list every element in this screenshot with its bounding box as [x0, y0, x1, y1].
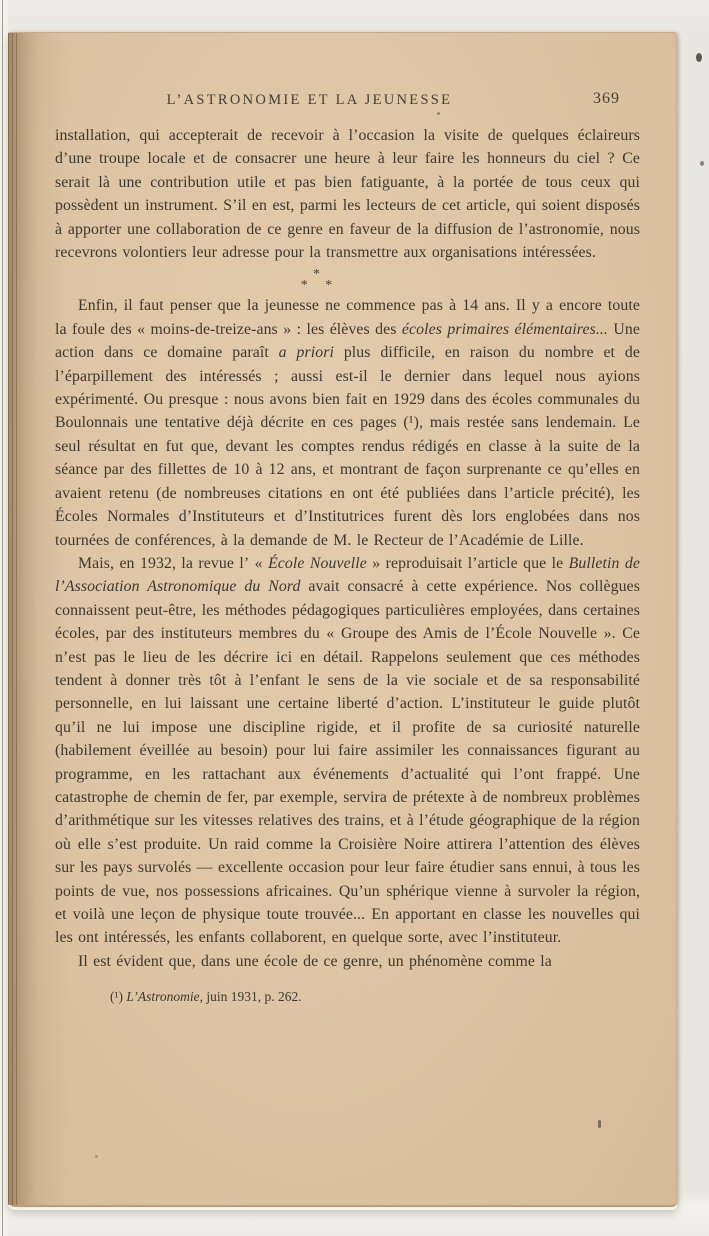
text-run: installation, qui accepterait de recevoi… [55, 127, 640, 261]
paper-speck [700, 161, 704, 166]
text-run-italic: a priori [279, 344, 334, 361]
text-run: » reproduisait l’article que le [367, 555, 569, 572]
text-run-italic: École Nouvelle [268, 555, 367, 572]
text-run: avait consacré à cette expérience. Nos c… [55, 578, 640, 946]
footnote: (¹) L’Astronomie, juin 1931, p. 262. [110, 988, 640, 1006]
asterism-divider: * * * [24, 269, 609, 291]
running-title: L’ASTRONOMIE ET LA JEUNESSE [167, 92, 453, 109]
footnote-reference: juin 1931, p. 262. [203, 989, 302, 1004]
page-number: 369 [593, 90, 620, 108]
text-run-italic: écoles primaires élémentaires... [402, 321, 608, 338]
paragraph-2: Enfin, il faut penser que la jeunesse ne… [55, 294, 640, 551]
book-page: L’ASTRONOMIE ET LA JEUNESSE 369 installa… [8, 32, 677, 1207]
paper-speck [696, 53, 702, 62]
binding-gutter-shadow [8, 33, 38, 1205]
paragraph-3: Mais, en 1932, la revue l’ « École Nouve… [55, 552, 640, 950]
footnote-marker: (¹) [110, 989, 126, 1004]
scanned-book-page: L’ASTRONOMIE ET LA JEUNESSE 369 installa… [0, 0, 709, 1236]
page-content: L’ASTRONOMIE ET LA JEUNESSE 369 installa… [55, 90, 640, 1006]
scanner-edge-strip [0, 0, 8, 1236]
paragraph-4: Il est évident que, dans une école de ce… [55, 950, 640, 973]
text-run: plus difficile, en raison du nombre et d… [55, 344, 640, 548]
text-run: Il est évident que, dans une école de ce… [78, 953, 552, 970]
footnote-source-italic: L’Astronomie, [126, 989, 203, 1004]
paragraph-1: installation, qui accepterait de recevoi… [55, 124, 640, 264]
text-run: Mais, en 1932, la revue l’ « [78, 555, 268, 572]
asterism-bottom: * * [24, 280, 609, 291]
page-header: L’ASTRONOMIE ET LA JEUNESSE 369 [55, 90, 640, 112]
